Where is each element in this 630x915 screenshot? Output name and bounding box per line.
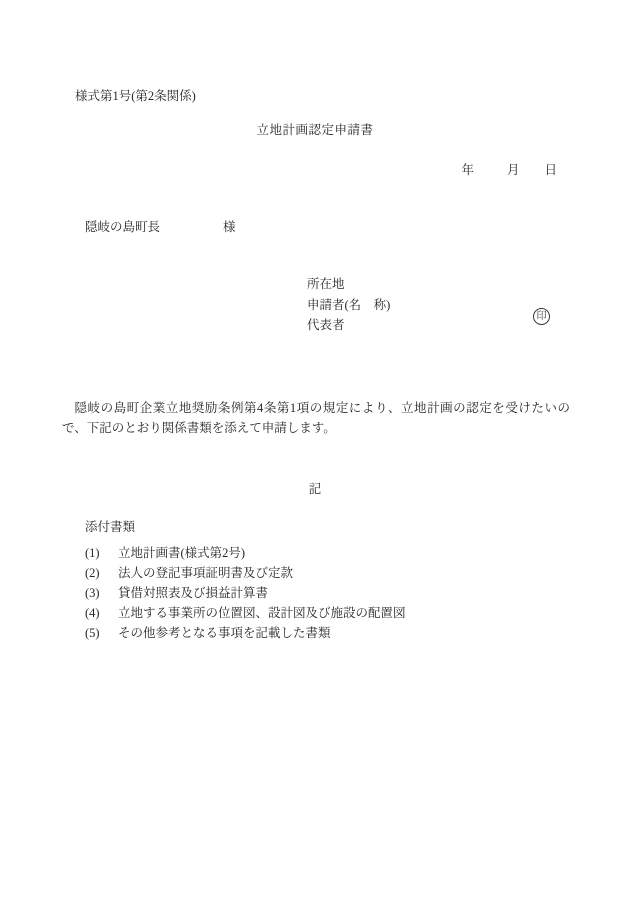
attachment-item-number: (4) <box>85 603 118 623</box>
attachment-item-number: (3) <box>85 583 118 603</box>
date-year-label: 年 <box>461 163 474 177</box>
ki-heading: 記 <box>0 479 630 497</box>
attachment-item: (4) 立地する事業所の位置図、設計図及び施設の配置図 <box>85 603 406 623</box>
attachment-item-text: その他参考となる事項を記載した書類 <box>118 623 331 643</box>
date-day-label: 日 <box>544 163 557 177</box>
attachment-item-number: (2) <box>85 563 118 583</box>
addressee-honorific: 様 <box>223 220 236 234</box>
form-number: 様式第1号(第2条関係) <box>75 86 196 104</box>
attachment-item-text: 立地する事業所の位置図、設計図及び施設の配置図 <box>118 603 406 623</box>
body-paragraph: 隠岐の島町企業立地奨励条例第4条第1項の規定により、立地計画の認定を受けたいので… <box>62 398 570 438</box>
attachment-item-number: (5) <box>85 623 118 643</box>
attachment-item: (5) その他参考となる事項を記載した書類 <box>85 623 406 643</box>
applicant-representative-label: 代表者 <box>307 315 390 336</box>
attachment-item-text: 立地計画書(様式第2号) <box>118 543 245 563</box>
addressee-line: 隠岐の島町長様 <box>85 217 236 235</box>
attachment-item-text: 貸借対照表及び損益計算書 <box>118 583 268 603</box>
applicant-address-label: 所在地 <box>307 274 390 295</box>
date-month-label: 月 <box>507 163 520 177</box>
addressee-name: 隠岐の島町長 <box>85 220 160 234</box>
attachments-heading: 添付書類 <box>85 517 406 535</box>
document-title: 立地計画認定申請書 <box>0 120 630 138</box>
applicant-block: 所在地 申請者(名 称) 代表者 <box>307 274 390 336</box>
attachment-item-text: 法人の登記事項証明書及び定款 <box>118 563 293 583</box>
attachments-section: 添付書類 (1) 立地計画書(様式第2号) (2) 法人の登記事項証明書及び定款… <box>85 517 406 643</box>
seal-mark-icon: 印 <box>533 308 550 325</box>
applicant-name-label: 申請者(名 称) <box>307 295 390 316</box>
attachment-item: (3) 貸借対照表及び損益計算書 <box>85 583 406 603</box>
document-page: 様式第1号(第2条関係) 立地計画認定申請書 年月日 隠岐の島町長様 所在地 申… <box>0 0 630 915</box>
attachment-item: (2) 法人の登記事項証明書及び定款 <box>85 563 406 583</box>
date-line: 年月日 <box>461 160 557 178</box>
attachment-item: (1) 立地計画書(様式第2号) <box>85 543 406 563</box>
attachment-item-number: (1) <box>85 543 118 563</box>
